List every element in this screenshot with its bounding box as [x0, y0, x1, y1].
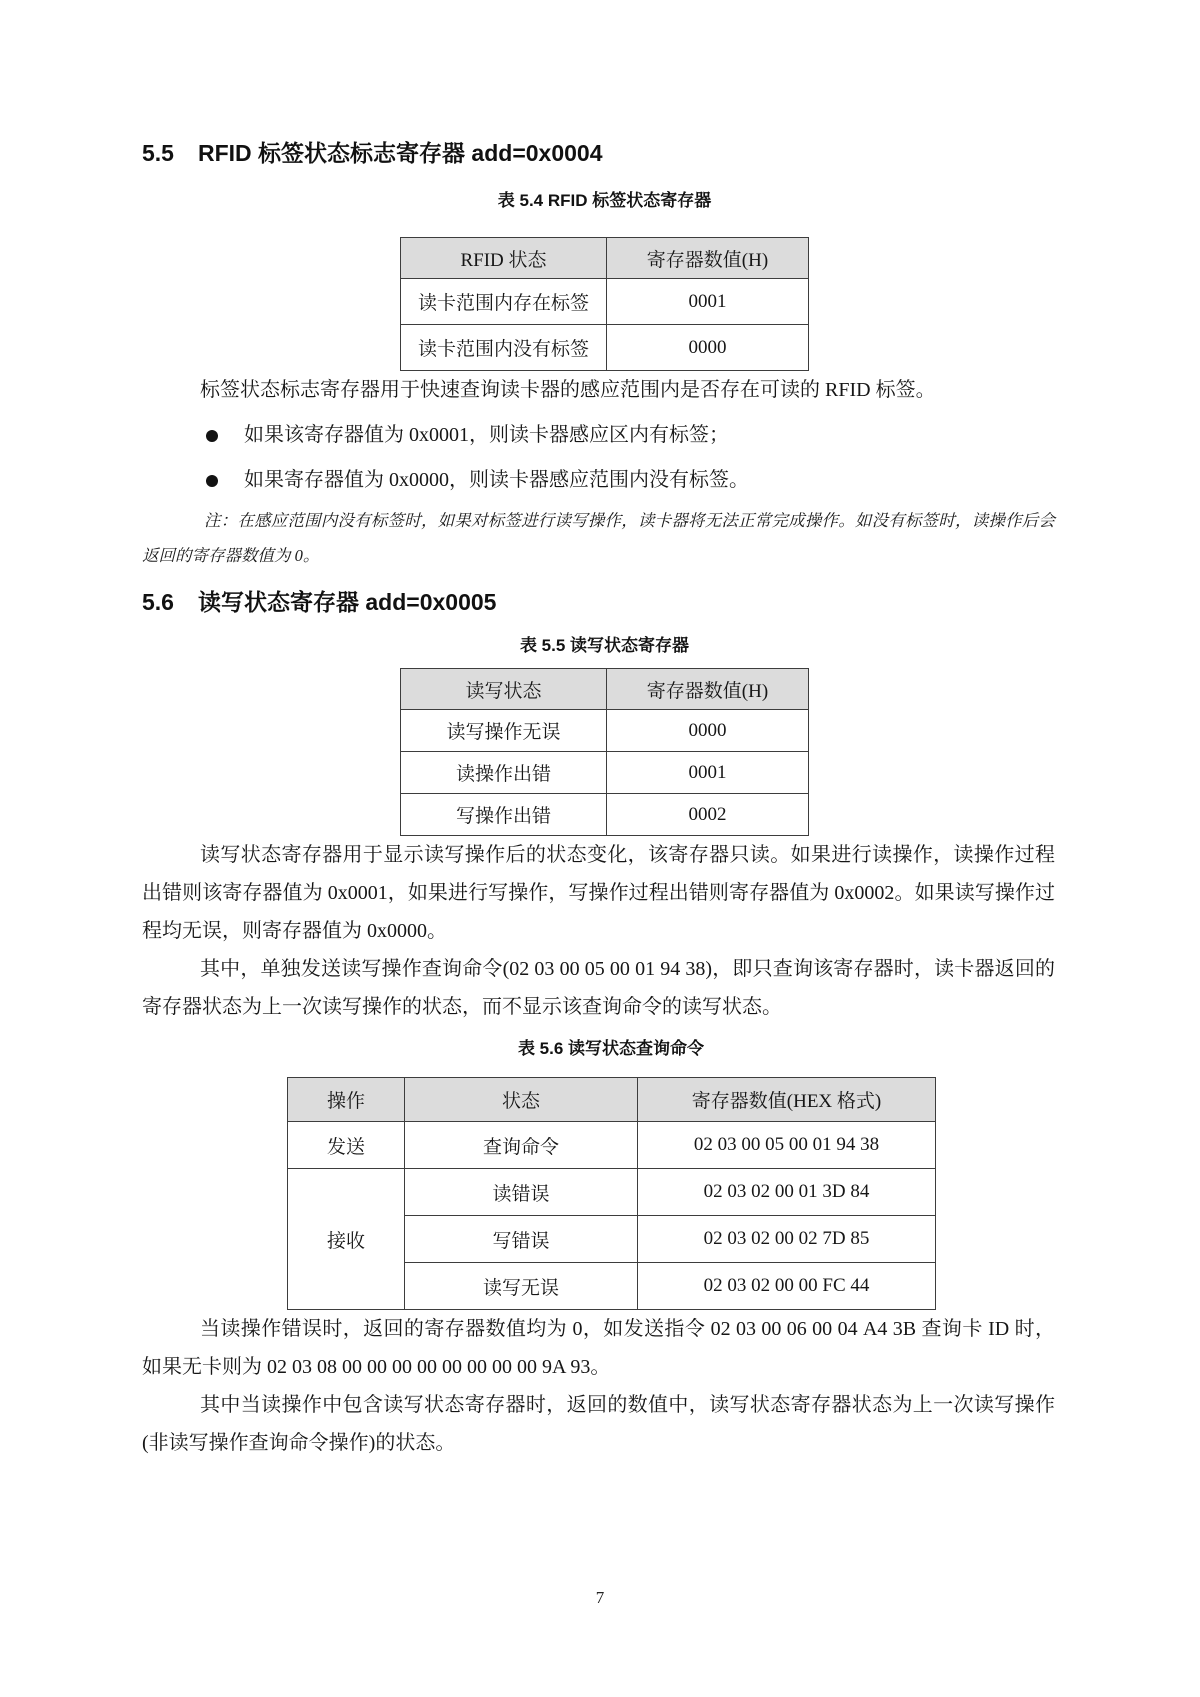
list-item: 如果寄存器值为 0x0000，则读卡器感应范围内没有标签。	[142, 462, 1055, 499]
cell-state: 读卡范围内没有标签	[401, 325, 607, 371]
paragraph: 当读操作错误时，返回的寄存器数值均为 0，如发送指令 02 03 00 06 0…	[142, 1310, 1055, 1386]
cell-value: 02 03 02 00 00 FC 44	[638, 1263, 936, 1310]
table-row: 读卡范围内没有标签 0000	[401, 325, 809, 371]
column-header-operation: 操作	[288, 1078, 405, 1122]
column-header-register-value: 寄存器数值(H)	[607, 238, 809, 279]
section-number: 5.6	[142, 587, 174, 617]
column-header-rw-state: 读写状态	[401, 669, 607, 710]
table-5-6: 操作 状态 寄存器数值(HEX 格式) 发送 查询命令 02 03 00 05 …	[287, 1077, 936, 1310]
table-5-6-block: 表 5.6 读写状态查询命令 操作 状态 寄存器数值(HEX 格式)	[287, 1038, 935, 1310]
list-item: 如果该寄存器值为 0x0001，则读卡器感应区内有标签；	[142, 417, 1055, 454]
table-5-4-block: 表 5.4 RFID 标签状态寄存器 RFID 状态 寄存器数值(H) 读卡范围…	[400, 190, 809, 371]
cell-state: 读错误	[405, 1169, 638, 1216]
table-5-4: RFID 状态 寄存器数值(H) 读卡范围内存在标签 0001 读卡范围内没有标…	[400, 237, 809, 371]
cell-value: 0001	[607, 752, 809, 794]
table-row: 读写操作无误 0000	[401, 710, 809, 752]
table-header-row: 读写状态 寄存器数值(H)	[401, 669, 809, 710]
page-number: 7	[0, 1588, 1200, 1608]
cell-value: 02 03 00 05 00 01 94 38	[638, 1122, 936, 1169]
table-5-5-block: 表 5.5 读写状态寄存器 读写状态 寄存器数值(H) 读写操作无误 0000 …	[400, 635, 809, 836]
section-heading-5-6: 5.6 读写状态寄存器 add=0x0005	[142, 587, 1055, 617]
table-5-4-caption: 表 5.4 RFID 标签状态寄存器	[400, 190, 809, 211]
section-title: 读写状态寄存器 add=0x0005	[198, 587, 496, 617]
section-5-6: 5.6 读写状态寄存器 add=0x0005 表 5.5 读写状态寄存器 读写状…	[142, 587, 1055, 1462]
table-5-5-caption: 表 5.5 读写状态寄存器	[400, 635, 809, 656]
bullet-list: 如果该寄存器值为 0x0001，则读卡器感应区内有标签； 如果寄存器值为 0x0…	[142, 417, 1055, 499]
note-text: 注：在感应范围内没有标签时，如果对标签进行读写操作，读卡器将无法正常完成操作。如…	[142, 503, 1055, 573]
list-item-text: 如果该寄存器值为 0x0001，则读卡器感应区内有标签；	[244, 417, 729, 454]
bullet-icon	[206, 475, 218, 487]
table-row: 写操作出错 0002	[401, 794, 809, 836]
table-row: 读卡范围内存在标签 0001	[401, 279, 809, 325]
cell-state: 写错误	[405, 1216, 638, 1263]
cell-operation: 发送	[288, 1122, 405, 1169]
table-header-row: RFID 状态 寄存器数值(H)	[401, 238, 809, 279]
cell-value: 02 03 02 00 02 7D 85	[638, 1216, 936, 1263]
cell-state: 读操作出错	[401, 752, 607, 794]
cell-state: 查询命令	[405, 1122, 638, 1169]
table-5-5: 读写状态 寄存器数值(H) 读写操作无误 0000 读操作出错 0001 写操作…	[400, 668, 809, 836]
cell-value: 02 03 02 00 01 3D 84	[638, 1169, 936, 1216]
cell-value: 0000	[607, 325, 809, 371]
section-title: RFID 标签状态标志寄存器 add=0x0004	[198, 138, 603, 168]
paragraph: 读写状态寄存器用于显示读写操作后的状态变化，该寄存器只读。如果进行读操作，读操作…	[142, 836, 1055, 950]
bullet-icon	[206, 430, 218, 442]
column-header-rfid-state: RFID 状态	[401, 238, 607, 279]
table-row-send: 发送 查询命令 02 03 00 05 00 01 94 38	[288, 1122, 936, 1169]
paragraph: 标签状态标志寄存器用于快速查询读卡器的感应范围内是否存在可读的 RFID 标签。	[142, 371, 1055, 409]
cell-value: 0000	[607, 710, 809, 752]
cell-state: 读卡范围内存在标签	[401, 279, 607, 325]
paragraph: 其中当读操作中包含读写状态寄存器时，返回的数值中，读写状态寄存器状态为上一次读写…	[142, 1386, 1055, 1462]
table-5-6-caption: 表 5.6 读写状态查询命令	[287, 1038, 935, 1059]
paragraph: 其中，单独发送读写操作查询命令(02 03 00 05 00 01 94 38)…	[142, 950, 1055, 1026]
section-heading-5-5: 5.5 RFID 标签状态标志寄存器 add=0x0004	[142, 138, 1055, 168]
section-5-5: 5.5 RFID 标签状态标志寄存器 add=0x0004 表 5.4 RFID…	[142, 138, 1055, 573]
table-header-row: 操作 状态 寄存器数值(HEX 格式)	[288, 1078, 936, 1122]
document-page: 5.5 RFID 标签状态标志寄存器 add=0x0004 表 5.4 RFID…	[0, 0, 1200, 1697]
cell-operation: 接收	[288, 1169, 405, 1310]
cell-state: 读写无误	[405, 1263, 638, 1310]
cell-state: 写操作出错	[401, 794, 607, 836]
table-row: 读操作出错 0001	[401, 752, 809, 794]
cell-value: 0002	[607, 794, 809, 836]
cell-value: 0001	[607, 279, 809, 325]
column-header-hex-value: 寄存器数值(HEX 格式)	[638, 1078, 936, 1122]
column-header-status: 状态	[405, 1078, 638, 1122]
cell-state: 读写操作无误	[401, 710, 607, 752]
section-number: 5.5	[142, 138, 174, 168]
table-row-receive: 接收 读错误 02 03 02 00 01 3D 84	[288, 1169, 936, 1216]
list-item-text: 如果寄存器值为 0x0000，则读卡器感应范围内没有标签。	[244, 462, 749, 499]
column-header-register-value: 寄存器数值(H)	[607, 669, 809, 710]
